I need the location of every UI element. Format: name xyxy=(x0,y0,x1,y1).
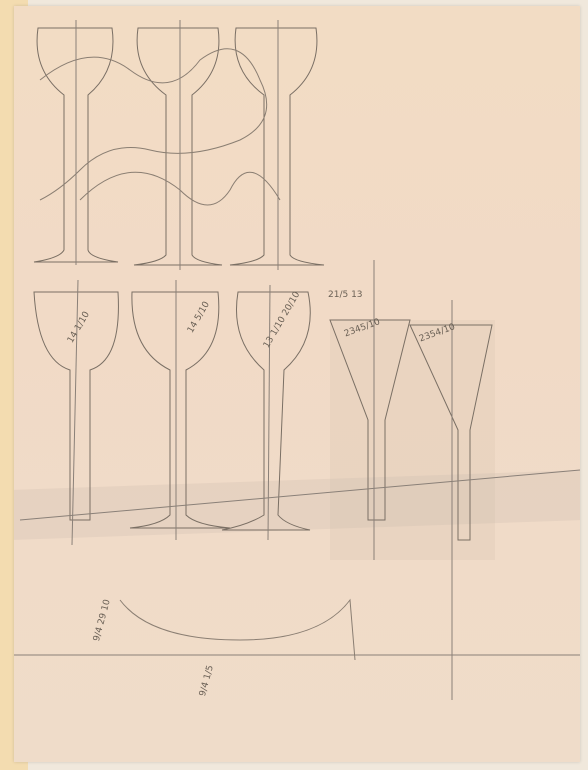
glass-row-2 xyxy=(34,292,492,540)
glass-sketches xyxy=(0,0,588,770)
annotation: 21/5 13 xyxy=(328,290,363,300)
construction-lines xyxy=(14,20,580,700)
drawing-sheet: 14 1/10 14 5/10 13 1/10 20/10 21/5 13 23… xyxy=(0,0,588,770)
glass-row-1 xyxy=(34,28,324,265)
